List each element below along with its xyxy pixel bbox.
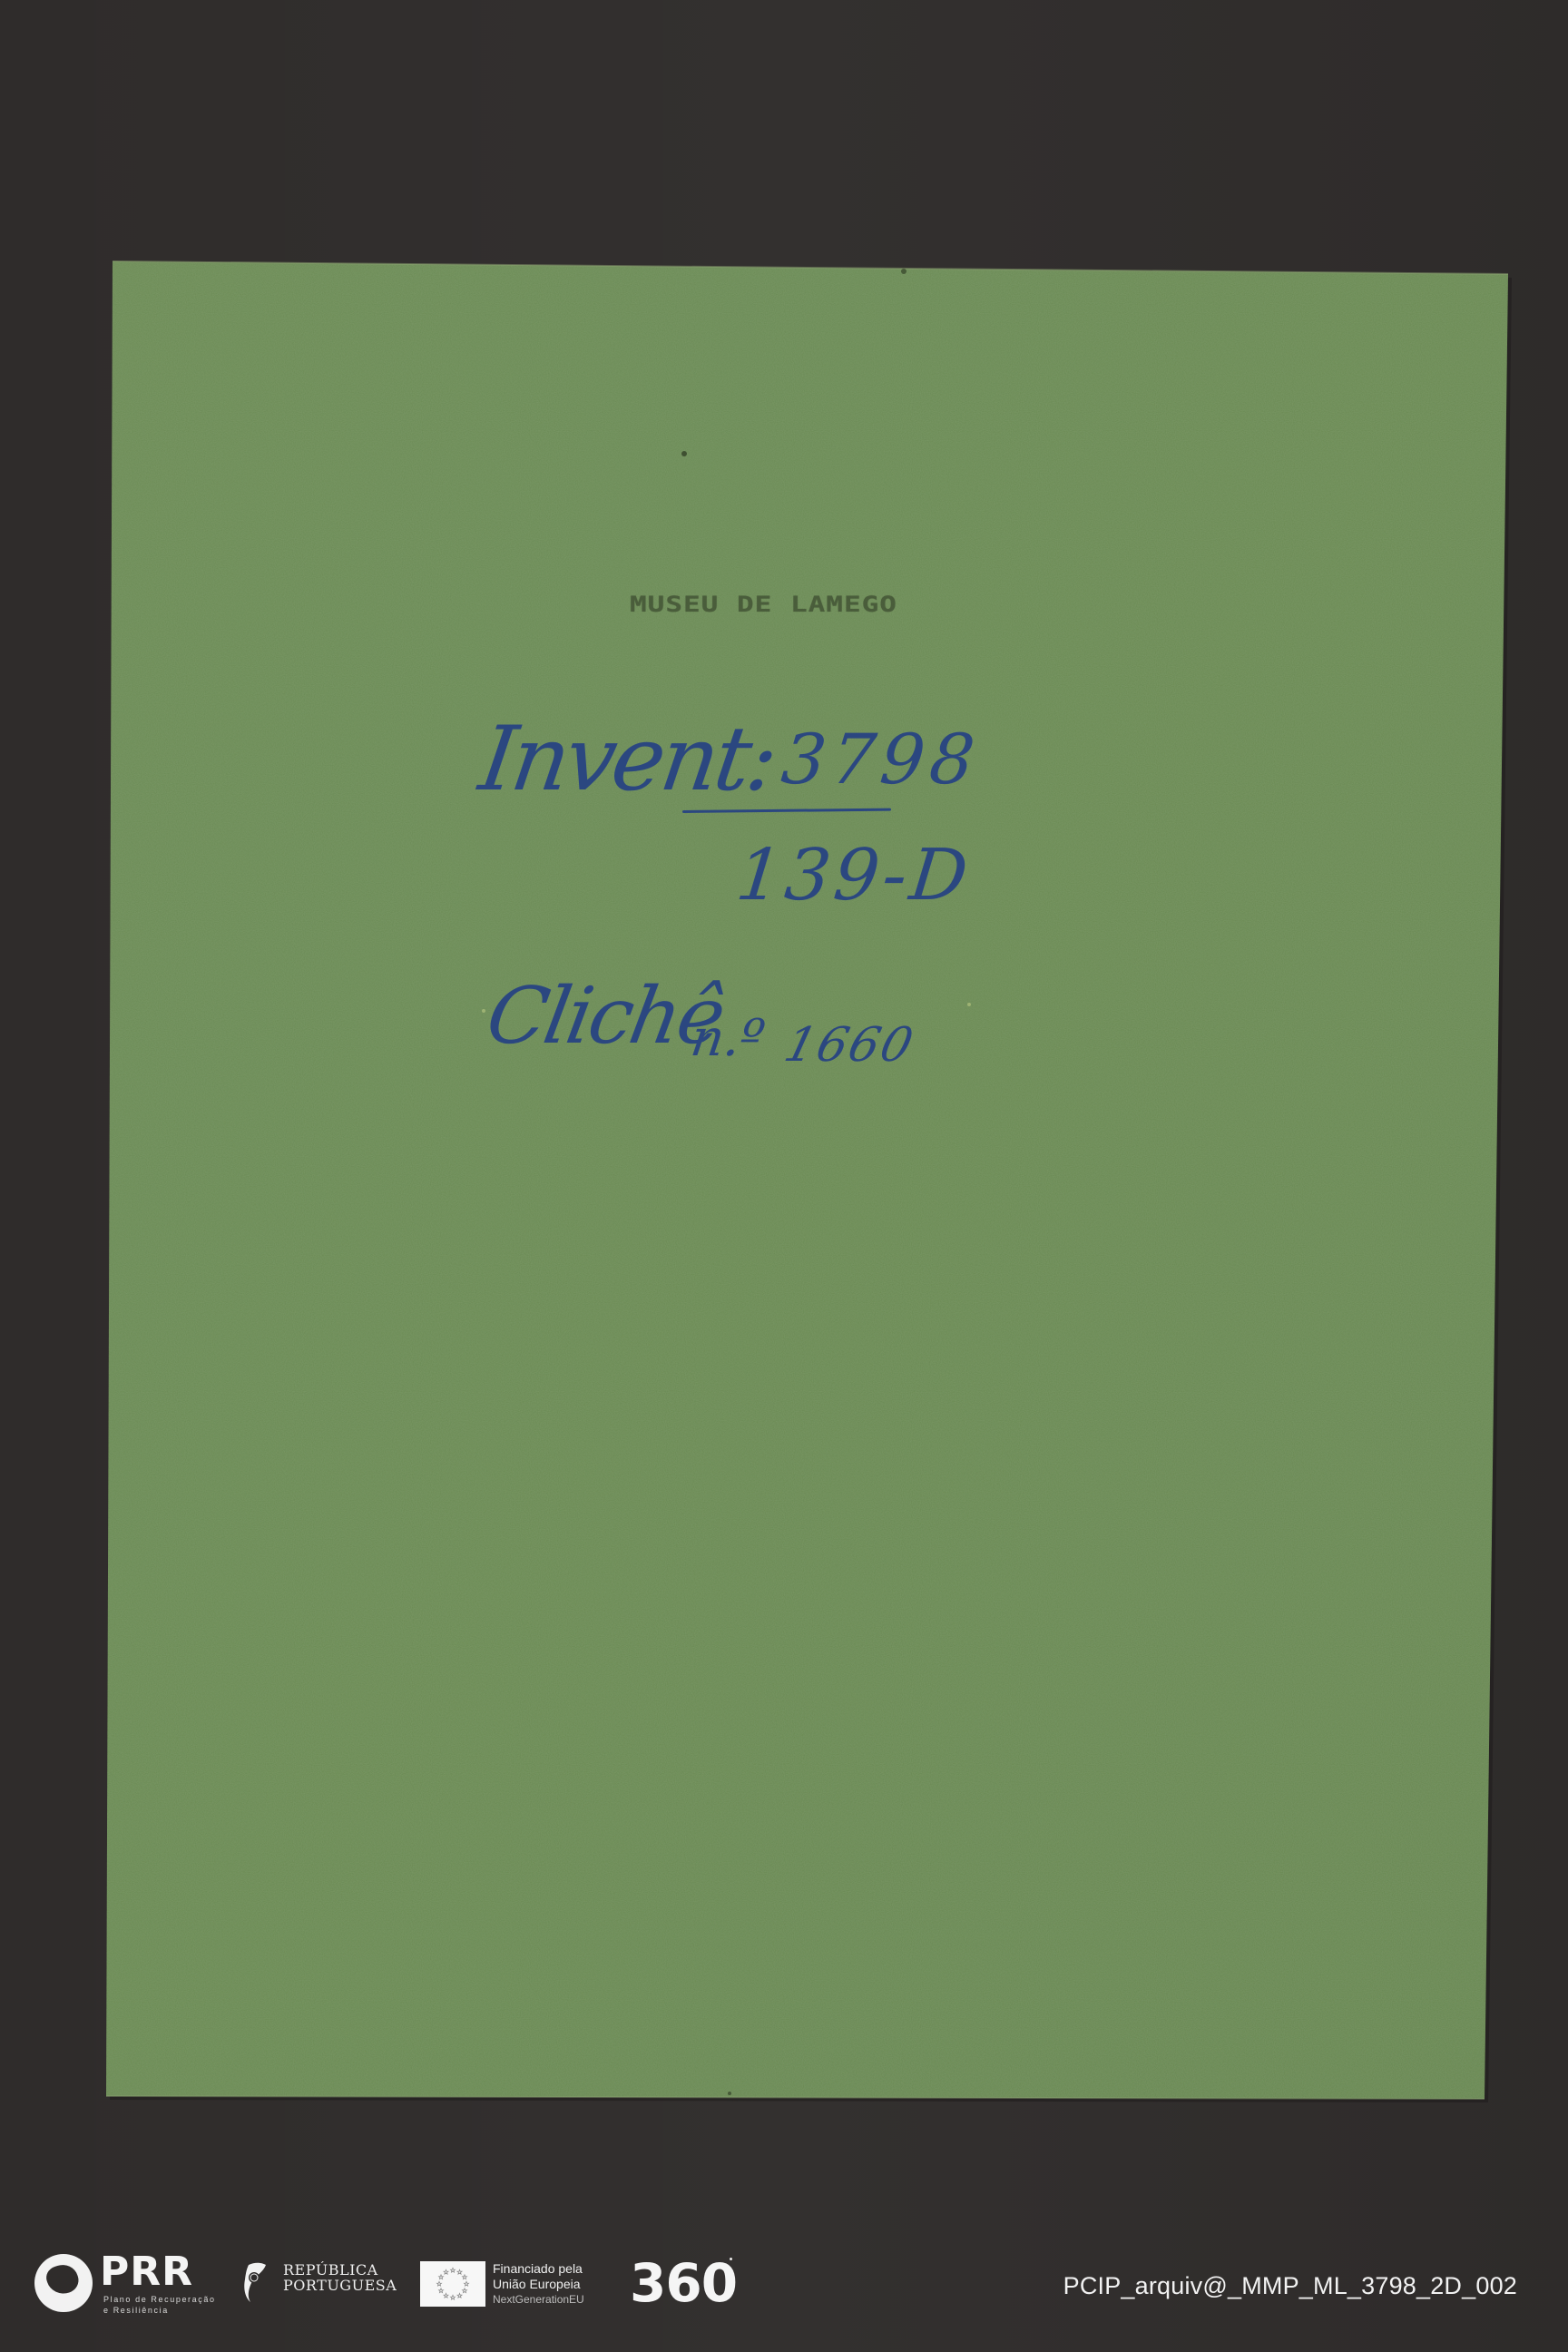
eu-line2: União Europeia [493,2277,584,2292]
brand-360-dot [730,2258,732,2260]
handwritten-cliche-number: 1660 [779,1018,920,1073]
handwritten-inventory-number: 3798 [778,719,984,799]
eu-line1: Financiado pela [493,2261,584,2277]
file-identifier: PCIP_arquiv@_MMP_ML_3798_2D_002 [1063,2272,1517,2300]
brand-360-logo: 360 [630,2253,737,2313]
republica-portuguesa-logo: REPÚBLICA PORTUGUESA [243,2259,397,2305]
handwritten-inventory-label: Invent: [474,708,781,811]
handwritten-inventory-sub: 139-D [732,835,975,916]
republica-emblem-icon [243,2261,267,2303]
paper-sheet [0,0,1568,2352]
eu-line3: NextGenerationEU [493,2292,584,2308]
museum-stamp: MUSEU DE LAMEGO [630,592,969,620]
prr-emblem-icon [34,2254,93,2312]
eu-text: Financiado pela União Europeia NextGener… [493,2261,584,2308]
prr-subtitle: Plano de Recuperação e Resiliência [103,2294,240,2316]
prr-subtitle-line2: e Resiliência [103,2305,240,2316]
republica-line1: REPÚBLICA [283,2262,397,2278]
prr-subtitle-line1: Plano de Recuperação [103,2294,240,2305]
republica-text: REPÚBLICA PORTUGUESA [283,2262,397,2293]
eu-funding-logo: Financiado pela União Europeia NextGener… [420,2261,611,2307]
green-folder-cover: MUSEU DE LAMEGO Invent: 3798 139-D Clich… [0,0,1568,2352]
handwritten-cliche-no-label: n.º [687,1009,768,1068]
prr-logo: PRR Plano de Recuperação e Resiliência [34,2254,243,2314]
prr-title: PRR [100,2249,193,2295]
republica-line2: PORTUGUESA [283,2278,397,2293]
eu-flag-icon [420,2261,485,2307]
